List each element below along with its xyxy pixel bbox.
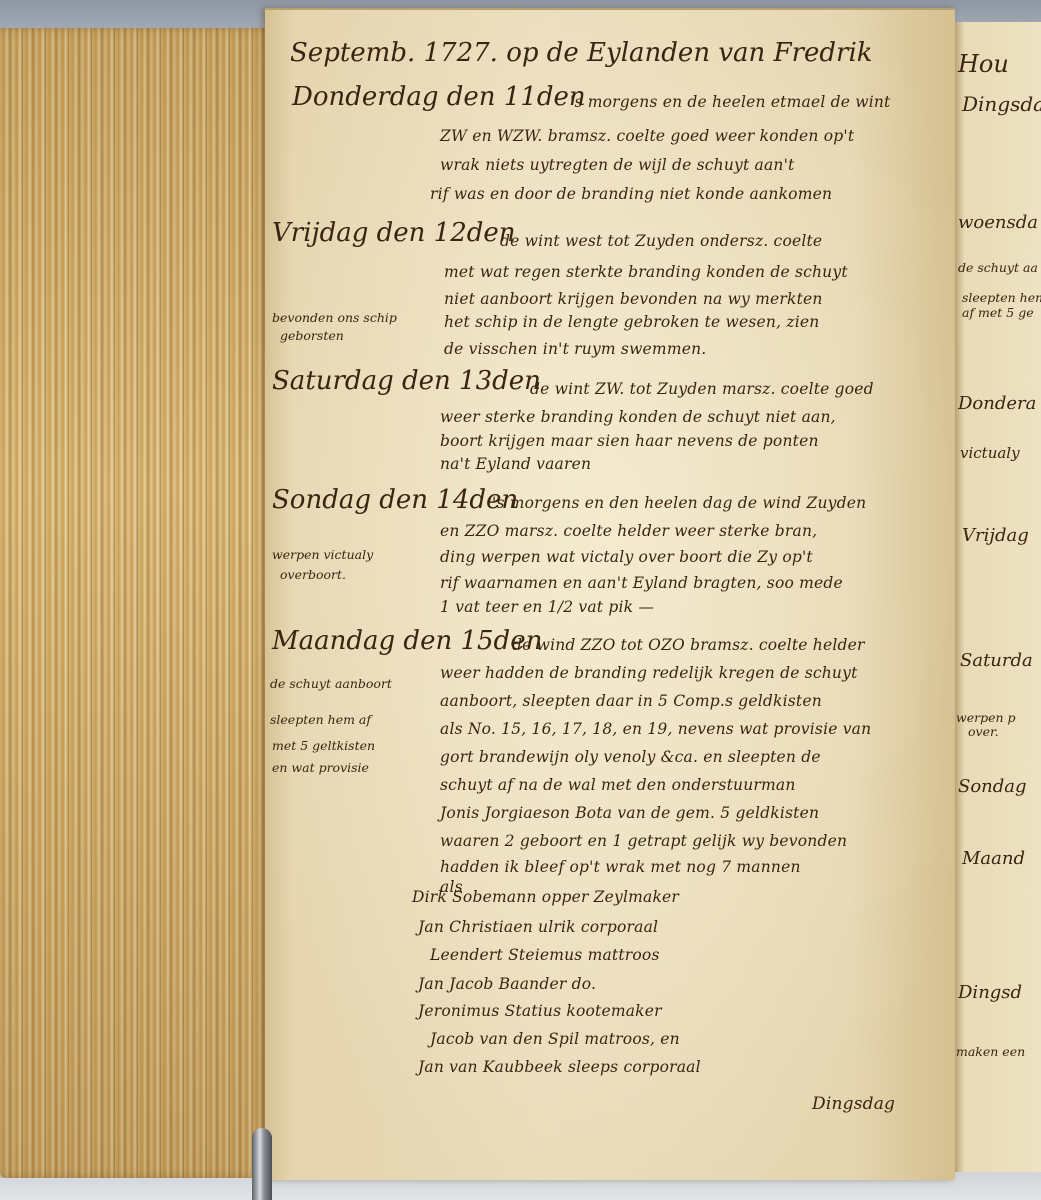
next-page-text: af met 5 ge (962, 305, 1034, 320)
entry-line: 's morgens en de heelen etmael de wint (570, 93, 890, 111)
next-page-text: Saturda (960, 650, 1033, 671)
next-page-text: Hou (958, 50, 1009, 78)
next-page-text: victualy (960, 444, 1020, 462)
entry-line: de wind ZZO tot OZO bramsz. coelte helde… (512, 636, 865, 654)
entry-line: 1 vat teer en 1/2 vat pik — (440, 598, 654, 616)
crew-member: Jan Jacob Baander do. (418, 975, 596, 993)
entry-line: de visschen in't ruym swemmen. (444, 340, 706, 358)
next-page-text: de schuyt aa (958, 260, 1038, 275)
next-page-text: Vrijdag (962, 525, 1029, 546)
entry-line: ding werpen wat victaly over boort die Z… (440, 548, 813, 566)
entry-line: wrak niets uytregten de wijl de schuyt a… (440, 156, 794, 174)
entry-line: na't Eyland vaaren (440, 455, 591, 473)
entry-line: het schip in de lengte gebroken te wesen… (444, 313, 819, 331)
crew-member: Jan Christiaen ulrik corporaal (418, 918, 658, 936)
entry-line: Jonis Jorgiaeson Bota van de gem. 5 geld… (440, 804, 819, 822)
next-page-text: over. (968, 724, 999, 739)
entry-line: weer sterke branding konden de schuyt ni… (440, 408, 836, 426)
entry-line: niet aanboort krijgen bevonden na wy mer… (444, 290, 823, 308)
next-page-text: sleepten hem (962, 290, 1041, 305)
crew-member: Jeronimus Statius kootemaker (418, 1002, 662, 1020)
entry-line: gort brandewijn oly venoly &ca. en sleep… (440, 748, 821, 766)
entry-line: boort krijgen maar sien haar nevens de p… (440, 432, 819, 450)
entry-day: Saturdag den 13den (272, 366, 541, 396)
entry-line: als No. 15, 16, 17, 18, en 19, nevens wa… (440, 720, 871, 738)
entry-day: Sondag den 14den (272, 485, 518, 515)
next-page-text: Dondera (958, 393, 1036, 414)
page-clip (252, 1128, 272, 1200)
next-page-text: Dingsda (962, 92, 1041, 116)
crew-member: Leendert Steiemus mattroos (430, 946, 660, 964)
entry-line: de wint ZW. tot Zuyden marsz. coelte goe… (530, 380, 874, 398)
crew-member: Jan van Kaubbeek sleeps corporaal (418, 1058, 701, 1076)
next-page-text: Maand (962, 848, 1025, 869)
page-edges-stack (0, 28, 285, 1178)
entry-line: met wat regen sterkte branding konden de… (444, 263, 848, 281)
entry-line: waaren 2 geboort en 1 getrapt gelijk wy … (440, 832, 847, 850)
next-page-text: maken een (956, 1044, 1025, 1059)
entry-day: Donderdag den 11den (292, 82, 586, 112)
next-page-text: werpen p (956, 710, 1016, 725)
next-page-text: woensda (958, 212, 1038, 233)
margin-note: bevonden ons schip (272, 310, 397, 325)
entry-line: schuyt af na de wal met den onderstuurma… (440, 776, 796, 794)
entry-day: Vrijdag den 12den (272, 218, 516, 248)
entry-line: ZW en WZW. bramsz. coelte goed weer kond… (440, 127, 854, 145)
margin-note: met 5 geltkisten (272, 738, 375, 753)
margin-note: werpen victualy (272, 547, 373, 562)
entry-line: aanboort, sleepten daar in 5 Comp.s geld… (440, 692, 822, 710)
entry-line: rif waarnamen en aan't Eyland bragten, s… (440, 574, 843, 592)
catchword: Dingsdag (812, 1094, 895, 1114)
margin-note: en wat provisie (272, 760, 369, 775)
margin-note: de schuyt aanboort (270, 676, 392, 691)
entry-line: rif was en door de branding niet konde a… (430, 185, 832, 203)
next-page-text: Dingsd (958, 982, 1022, 1003)
entry-line: hadden ik bleef op't wrak met nog 7 mann… (440, 858, 801, 876)
margin-note: overboort. (280, 567, 346, 582)
margin-note: sleepten hem af (270, 712, 371, 727)
entry-line: weer hadden de branding redelijk kregen … (440, 664, 858, 682)
margin-note: geborsten (280, 328, 344, 343)
entry-line: de wint west tot Zuyden ondersz. coelte (500, 232, 822, 250)
entry-line: en ZZO marsz. coelte helder weer sterke … (440, 522, 817, 540)
entry-line: 's morgens en den heelen dag de wind Zuy… (492, 494, 866, 512)
crew-member: Jacob van den Spil matroos, en (430, 1030, 680, 1048)
next-page-text: Sondag (958, 776, 1027, 797)
crew-member: Dirk Sobemann opper Zeylmaker (412, 888, 679, 906)
entry-day: Maandag den 15den (272, 626, 542, 656)
page-heading: Septemb. 1727. op de Eylanden van Fredri… (290, 38, 873, 68)
